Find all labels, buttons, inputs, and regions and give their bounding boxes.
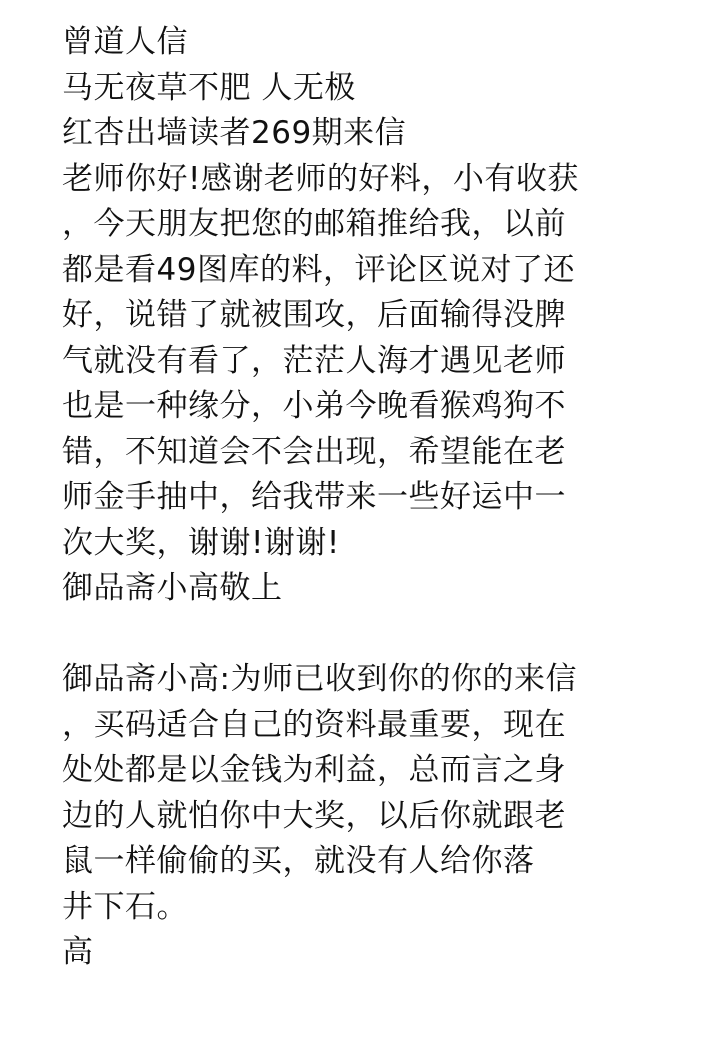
letter-line: 师金手抽中，给我带来一些好运中一: [62, 475, 662, 521]
paragraph-spacer: [62, 612, 662, 658]
letter-line: 气就没有看了，茫茫人海才遇见老师: [62, 339, 662, 385]
letter-line: 都是看49图库的料，评论区说对了还: [62, 248, 662, 294]
subtitle: 马无夜草不肥 人无极: [62, 66, 662, 112]
title: 曾道人信: [62, 20, 662, 66]
reply-line: 处处都是以金钱为利益，总而言之身: [62, 748, 662, 794]
document-body: 曾道人信 马无夜草不肥 人无极 红杏出墙读者269期来信 老师你好!感谢老师的好…: [62, 20, 662, 976]
reader-letter: 老师你好!感谢老师的好料，小有收获 ，今天朋友把您的邮箱推给我，以前 都是看49…: [62, 157, 662, 612]
letter-line: 也是一种缘分，小弟今晚看猴鸡狗不: [62, 384, 662, 430]
reply-line: 井下石。: [62, 885, 662, 931]
letter-line: 老师你好!感谢老师的好料，小有收获: [62, 157, 662, 203]
master-reply: 御品斋小高:为师已收到你的你的来信 ，买码适合自己的资料最重要，现在 处处都是以…: [62, 657, 662, 976]
letter-line: 错，不知道会不会出现，希望能在老: [62, 430, 662, 476]
reply-line: 鼠一样偷偷的买，就没有人给你落: [62, 839, 662, 885]
reply-line: 御品斋小高:为师已收到你的你的来信: [62, 657, 662, 703]
issue-heading: 红杏出墙读者269期来信: [62, 111, 662, 157]
letter-line: 好，说错了就被围攻，后面输得没脾: [62, 293, 662, 339]
reply-signature: 高: [62, 930, 662, 976]
reply-line: ，买码适合自己的资料最重要，现在: [62, 703, 662, 749]
letter-line: 次大奖，谢谢!谢谢!: [62, 521, 662, 567]
letter-line: ，今天朋友把您的邮箱推给我，以前: [62, 202, 662, 248]
reply-line: 边的人就怕你中大奖，以后你就跟老: [62, 794, 662, 840]
letter-signature: 御品斋小高敬上: [62, 566, 662, 612]
